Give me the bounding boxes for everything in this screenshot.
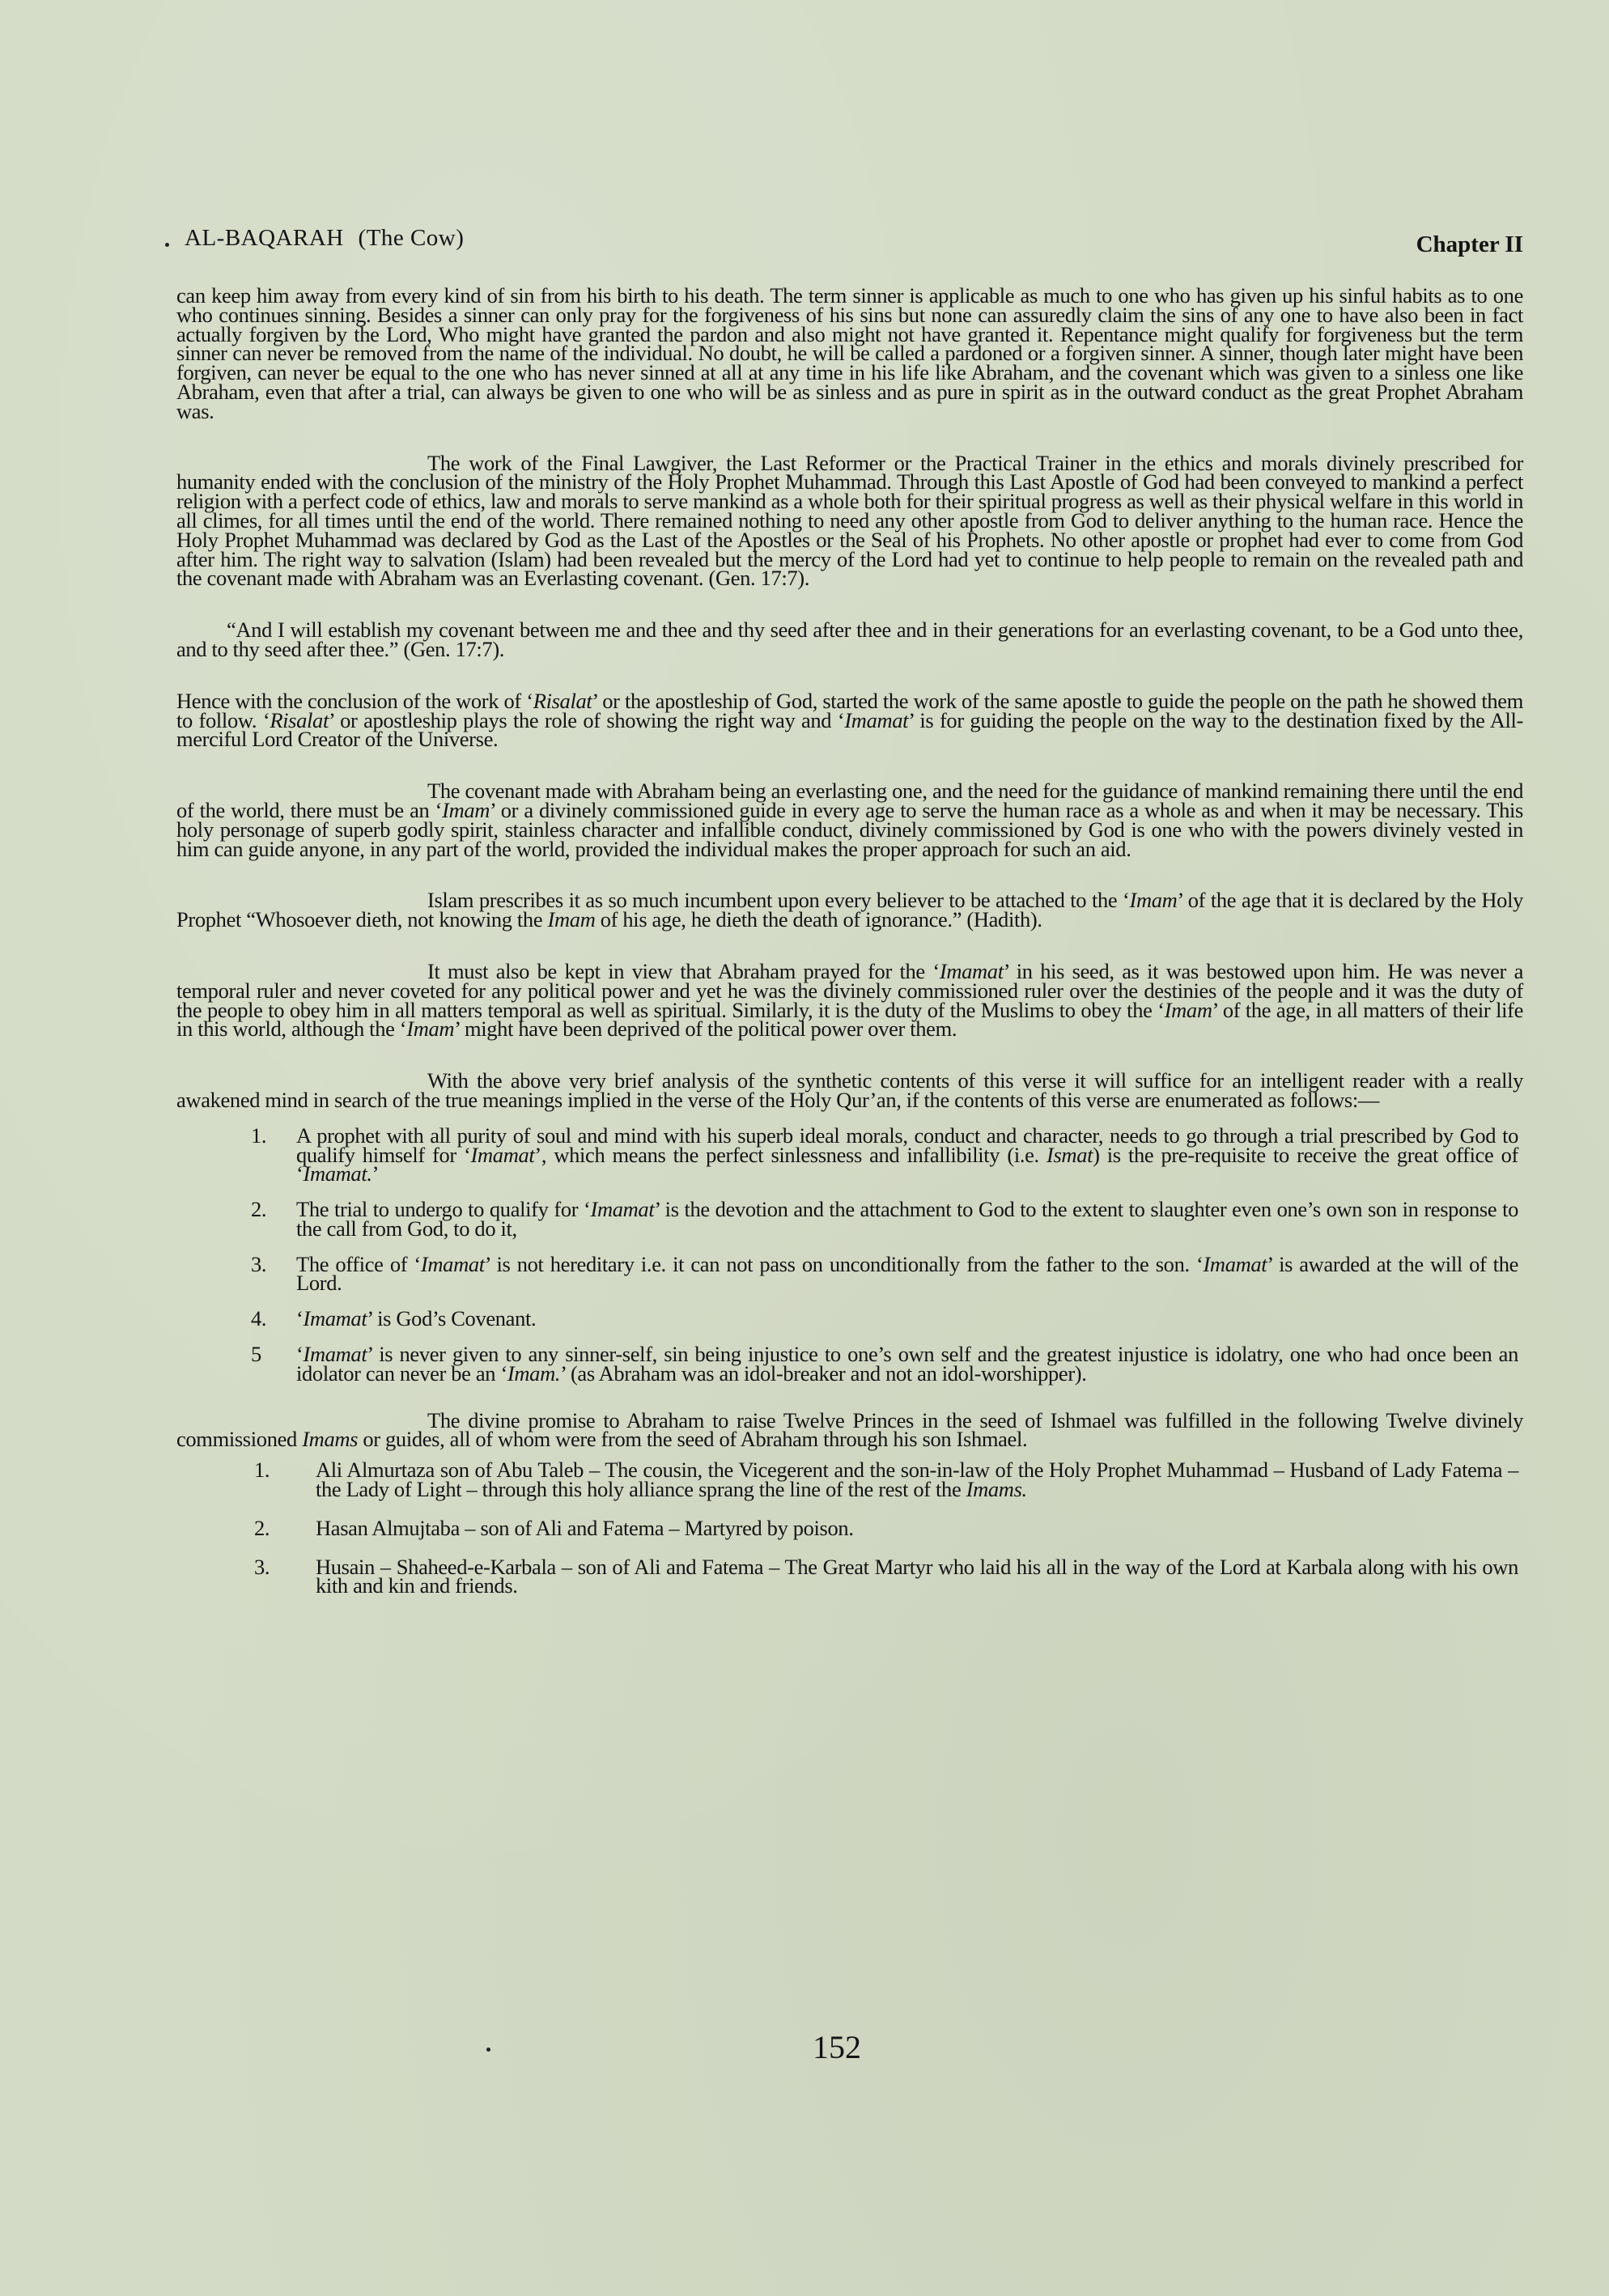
list-item: 1.A prophet with all purity of soul and … [176, 1127, 1523, 1184]
text-run: “And I will establish my covenant betwee… [176, 618, 1523, 661]
paragraph: Islam prescribes it as so much incumbent… [176, 891, 1523, 930]
italic-term: Ismat [1046, 1143, 1093, 1167]
italic-term: Imam. [507, 1361, 560, 1386]
list-number: 1. [254, 1461, 270, 1480]
surah-title: AL-BAQARAH (The Cow) [185, 225, 464, 252]
text-run: or guides, all of whom were from the see… [358, 1427, 1027, 1451]
list-number: 2. [254, 1519, 270, 1538]
list-number: 1. [251, 1127, 266, 1146]
text-run: ’ [372, 1161, 379, 1186]
list-number: 3. [251, 1255, 266, 1275]
text-run: ’ is not hereditary i.e. it can not pass… [485, 1252, 1204, 1276]
italic-term: Imam [406, 1016, 454, 1041]
text-run: ’ might have been deprived of the politi… [454, 1016, 957, 1041]
chapter-label: Chapter II [1416, 231, 1523, 258]
text-run: Ali Almurtaza son of Abu Taleb – The cou… [316, 1458, 1518, 1501]
paragraph: The divine promise to Abraham to raise T… [176, 1411, 1523, 1450]
bullet-mark [486, 2048, 490, 2052]
paragraph: The covenant made with Abraham being an … [176, 782, 1523, 859]
text-run: Husain – Shaheed-e-Karbala – son of Ali … [316, 1555, 1518, 1598]
body-text: can keep him away from every kind of sin… [176, 286, 1523, 1615]
list-number: 4. [251, 1309, 266, 1329]
list-item: 2.The trial to undergo to qualify for ‘I… [176, 1200, 1523, 1239]
list-number: 5 [251, 1345, 261, 1364]
italic-term: Imamat [1203, 1252, 1267, 1276]
list-number: 3. [254, 1558, 270, 1577]
italic-term: Imam [548, 907, 596, 932]
paragraph: With the above very brief analysis of th… [176, 1072, 1523, 1110]
italic-term: Imamat [421, 1252, 485, 1276]
page-number: 152 [813, 2028, 861, 2066]
surah-translation: (The Cow) [358, 225, 464, 251]
italic-term: Imamat [590, 1197, 654, 1221]
paragraph: Hence with the conclusion of the work of… [176, 692, 1523, 749]
bullet-mark [165, 243, 169, 247]
text-run: With the above very brief analysis of th… [176, 1068, 1523, 1112]
text-run: The work of the Final Lawgiver, the Last… [176, 451, 1523, 591]
list-number: 2. [251, 1200, 266, 1220]
page-footer: 152 [0, 2023, 1609, 2072]
list-item: 2.Hasan Almujtaba – son of Ali and Fatem… [176, 1519, 1523, 1538]
italic-term: Imams. [966, 1477, 1027, 1501]
text-run: of his age, he dieth the death of ignora… [595, 907, 1042, 932]
paragraph: can keep him away from every kind of sin… [176, 286, 1523, 422]
italic-term: Imams [302, 1427, 358, 1451]
italic-term: Imam [1130, 888, 1178, 912]
scripture-quote: “And I will establish my covenant betwee… [176, 621, 1523, 660]
italic-term: Imamat [303, 1306, 367, 1330]
italic-term: Imamat [471, 1143, 535, 1167]
text-run: ’, which means the perfect sinlessness a… [534, 1143, 1046, 1167]
text-run: ’ is God’s Covenant. [367, 1306, 536, 1330]
imams-list: 1.Ali Almurtaza son of Abu Taleb – The c… [176, 1461, 1523, 1596]
list-item: 1.Ali Almurtaza son of Abu Taleb – The c… [176, 1461, 1523, 1500]
paragraph: It must also be kept in view that Abraha… [176, 962, 1523, 1039]
list-item: 3.Husain – Shaheed-e-Karbala – son of Al… [176, 1558, 1523, 1597]
italic-term: Imamat [844, 708, 908, 732]
paragraph: The work of the Final Lawgiver, the Last… [176, 454, 1523, 589]
text-run: can keep him away from every kind of sin… [176, 283, 1523, 423]
list-item: 4.‘Imamat’ is God’s Covenant. [176, 1309, 1523, 1329]
list-item: 5‘Imamat’ is never given to any sinner-s… [176, 1345, 1523, 1384]
text-run: Hasan Almujtaba – son of Ali and Fatema … [316, 1516, 854, 1540]
text-run: ’ (as Abraham was an idol-breaker and no… [560, 1361, 1086, 1386]
list-item: 3.The office of ‘Imamat’ is not heredita… [176, 1255, 1523, 1294]
running-header: AL-BAQARAH (The Cow) Chapter II [176, 225, 1523, 257]
surah-name: AL-BAQARAH [185, 225, 344, 251]
italic-term: Imam [1165, 998, 1212, 1022]
verse-contents-list: 1.A prophet with all purity of soul and … [176, 1127, 1523, 1384]
italic-term: Imamat. [303, 1161, 371, 1186]
